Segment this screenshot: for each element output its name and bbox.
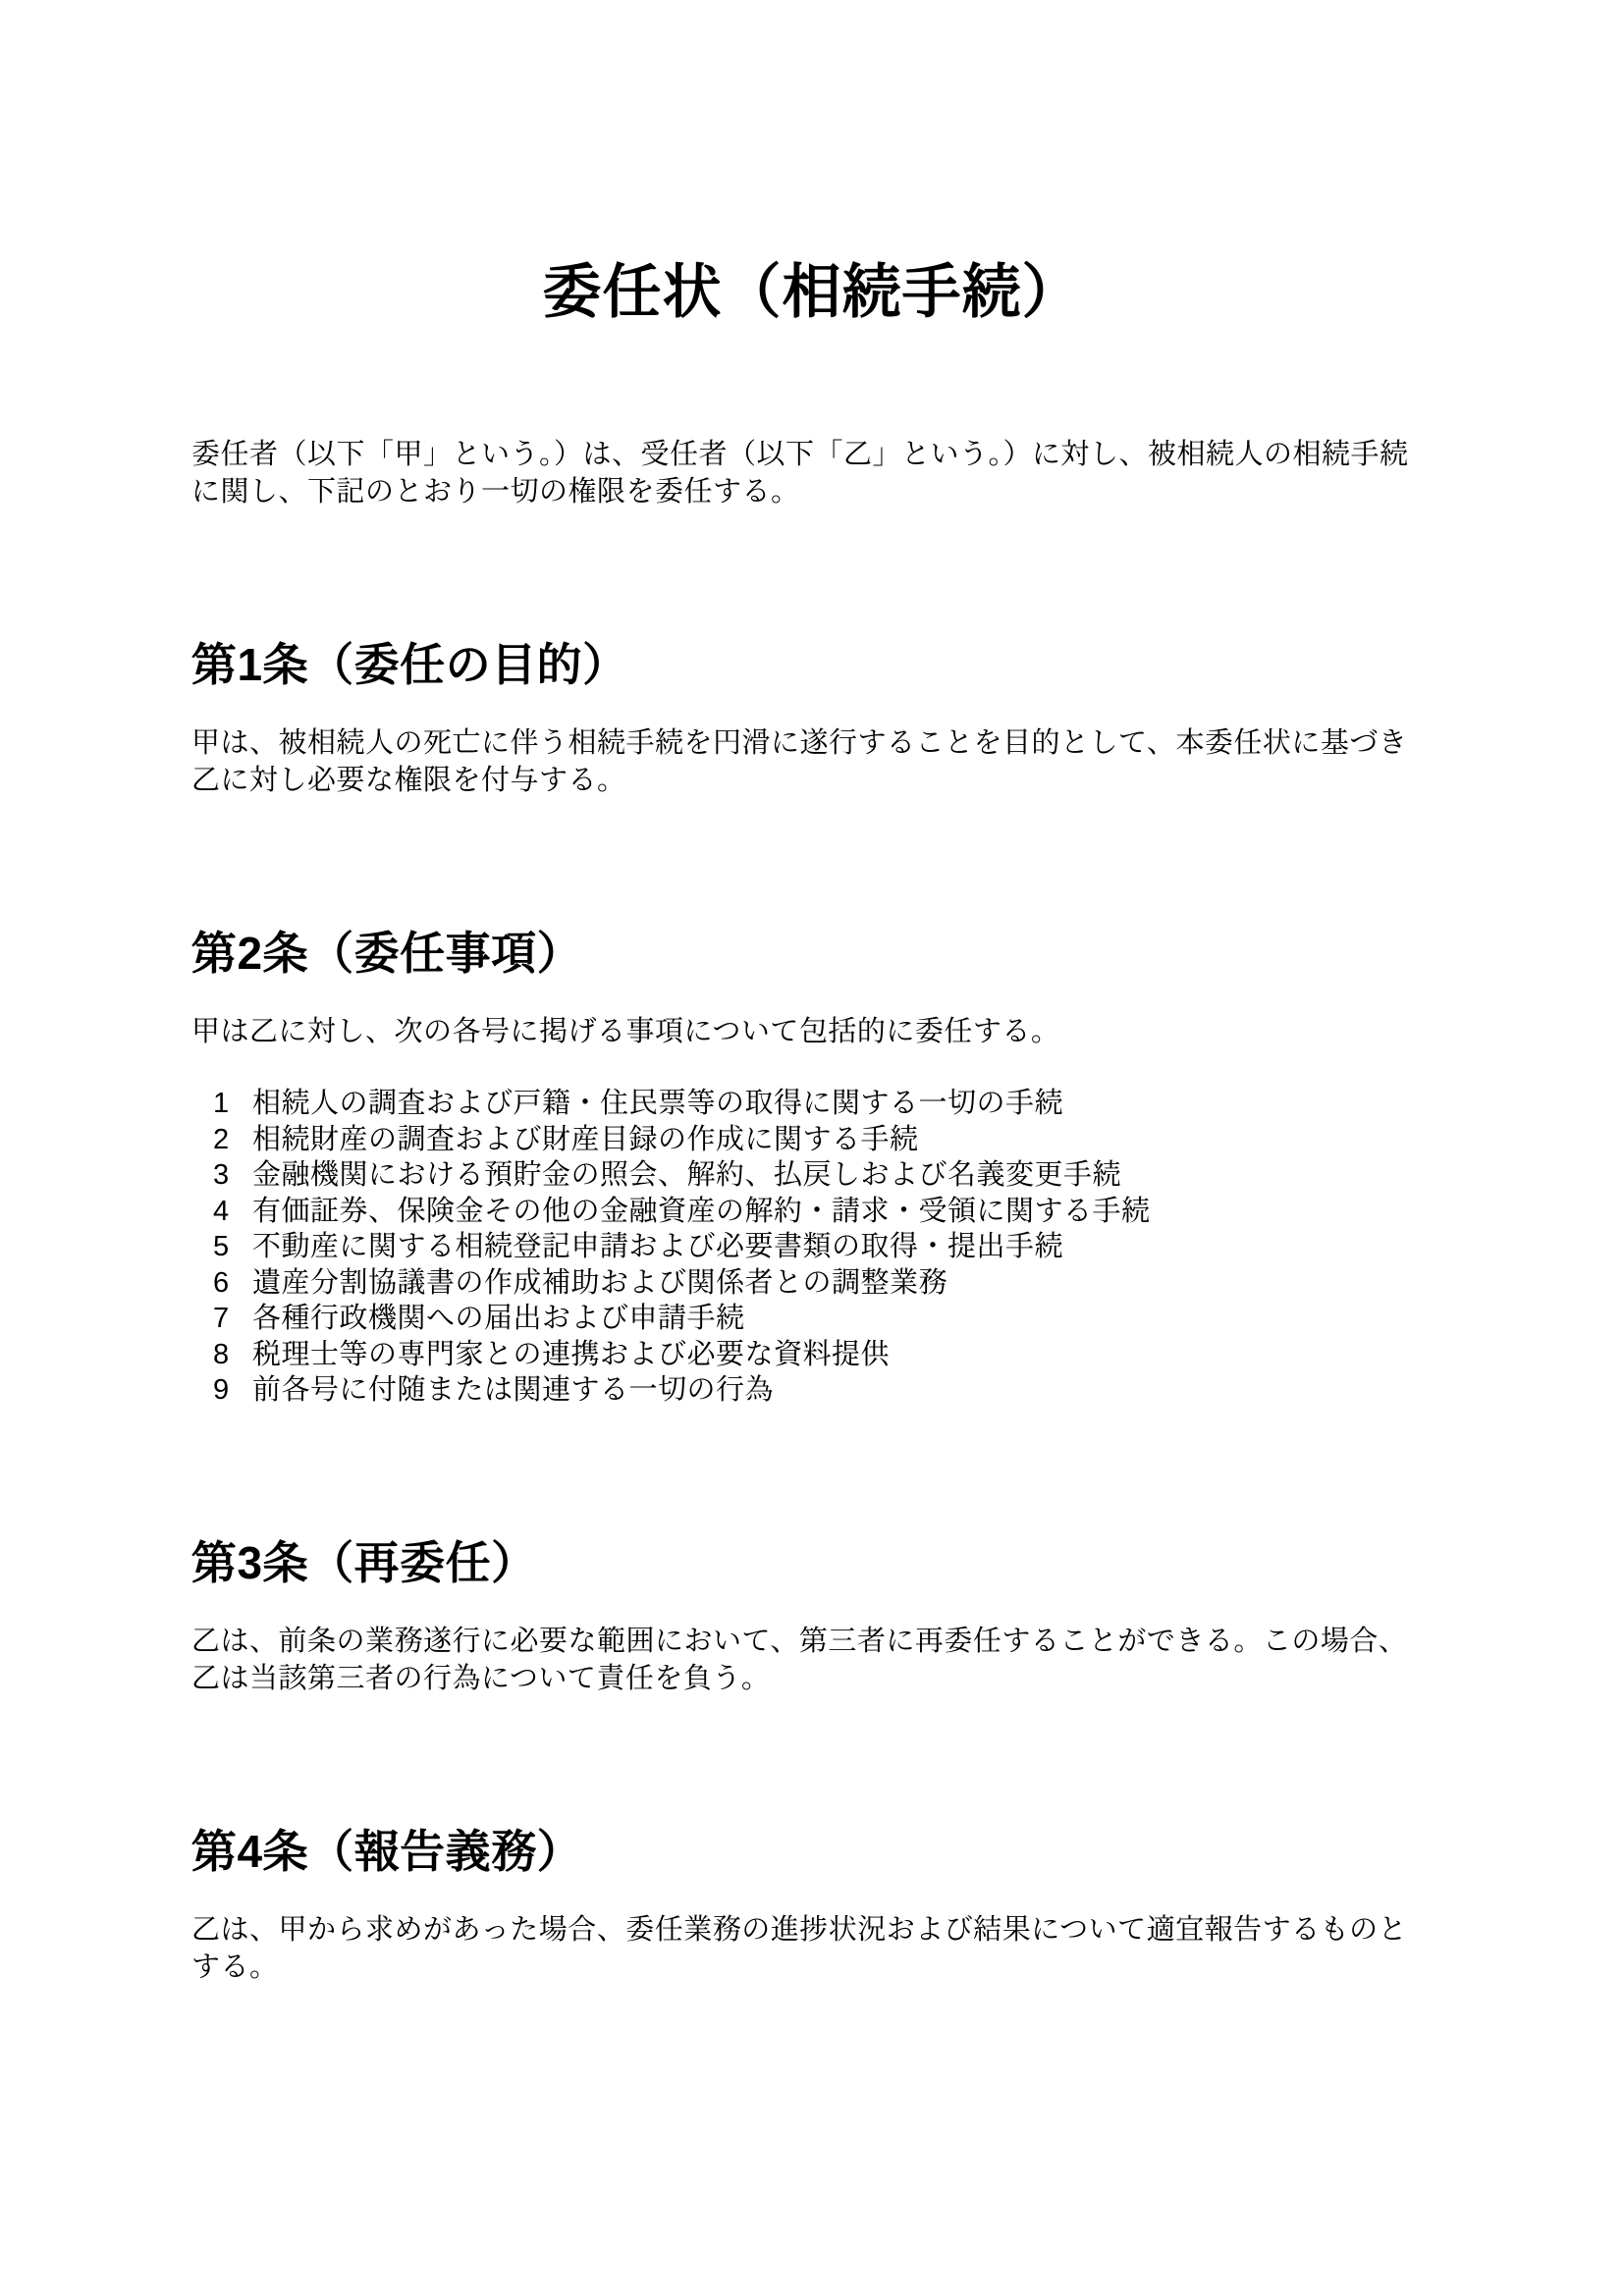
article-1-body: 甲は、被相続人の死亡に伴う相続手続を円滑に遂行することを目的として、本委任状に基…	[191, 724, 1433, 799]
article-4-heading: 第4条（報告義務）	[191, 1823, 1433, 1880]
list-item: 1 相続人の調査および戸籍・住民票等の取得に関する一切の手続	[191, 1086, 1433, 1122]
list-item: 8 税理士等の専門家との連携および必要な資料提供	[191, 1337, 1433, 1373]
item-text: 相続人の調査および戸籍・住民票等の取得に関する一切の手続	[252, 1086, 1433, 1122]
article-1-heading: 第1条（委任の目的）	[191, 636, 1433, 693]
item-number: 4	[213, 1194, 252, 1230]
article-3-heading: 第3条（再委任）	[191, 1534, 1433, 1591]
item-number: 8	[213, 1337, 252, 1373]
intro-paragraph: 委任者（以下「甲」という。）は、受任者（以下「乙」という。）に対し、被相続人の相…	[191, 436, 1433, 510]
list-item: 7 各種行政機関への届出および申請手続	[191, 1301, 1433, 1337]
list-item: 9 前各号に付随または関連する一切の行為	[191, 1372, 1433, 1409]
item-text: 不動産に関する相続登記申請および必要書類の取得・提出手続	[252, 1229, 1433, 1265]
item-text: 有価証券、保険金その他の金融資産の解約・請求・受領に関する手続	[252, 1194, 1433, 1230]
item-number: 6	[213, 1265, 252, 1302]
item-number: 5	[213, 1229, 252, 1265]
article-4-body: 乙は、甲から求めがあった場合、委任業務の進捗状況および結果について適宜報告するも…	[191, 1911, 1433, 1986]
item-text: 各種行政機関への届出および申請手続	[252, 1301, 1433, 1337]
list-item: 2 相続財産の調査および財産目録の作成に関する手続	[191, 1122, 1433, 1158]
item-text: 金融機関における預貯金の照会、解約、払戻しおよび名義変更手続	[252, 1157, 1433, 1194]
item-number: 7	[213, 1301, 252, 1337]
article-2-body: 甲は乙に対し、次の各号に掲げる事項について包括的に委任する。	[191, 1013, 1433, 1050]
item-text: 相続財産の調査および財産目録の作成に関する手続	[252, 1122, 1433, 1158]
item-number: 3	[213, 1157, 252, 1194]
list-item: 6 遺産分割協議書の作成補助および関係者との調整業務	[191, 1265, 1433, 1302]
item-number: 2	[213, 1122, 252, 1158]
item-text: 税理士等の専門家との連携および必要な資料提供	[252, 1337, 1433, 1373]
list-item: 3 金融機関における預貯金の照会、解約、払戻しおよび名義変更手続	[191, 1157, 1433, 1194]
item-text: 前各号に付随または関連する一切の行為	[252, 1372, 1433, 1409]
document-page: 委任状（相続手続） 委任者（以下「甲」という。）は、受任者（以下「乙」という。）…	[0, 0, 1624, 2296]
list-item: 5 不動産に関する相続登記申請および必要書類の取得・提出手続	[191, 1229, 1433, 1265]
article-3-body: 乙は、前条の業務遂行に必要な範囲において、第三者に再委任することができる。この場…	[191, 1623, 1433, 1697]
item-text: 遺産分割協議書の作成補助および関係者との調整業務	[252, 1265, 1433, 1302]
delegated-matters-list: 1 相続人の調査および戸籍・住民票等の取得に関する一切の手続 2 相続財産の調査…	[191, 1086, 1433, 1409]
list-item: 4 有価証券、保険金その他の金融資産の解約・請求・受領に関する手続	[191, 1194, 1433, 1230]
item-number: 1	[213, 1086, 252, 1122]
document-title: 委任状（相続手続）	[191, 257, 1433, 328]
item-number: 9	[213, 1372, 252, 1409]
article-2-heading: 第2条（委任事項）	[191, 925, 1433, 982]
